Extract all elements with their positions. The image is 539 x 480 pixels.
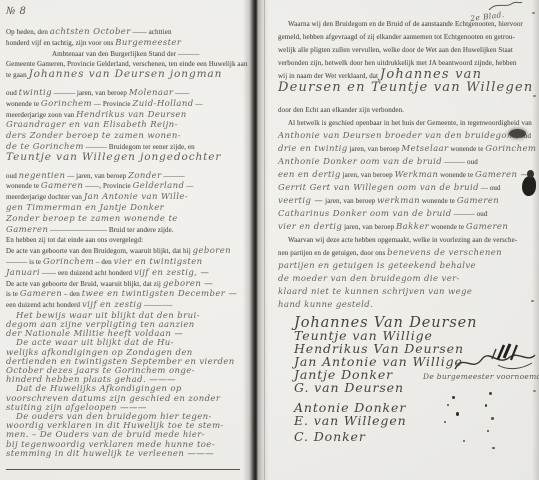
- ink-speck: [491, 417, 494, 420]
- handwritten-act-number: № 8: [6, 6, 26, 17]
- text-line: Januari —— een duizend acht honderd vijf…: [6, 263, 246, 274]
- corner-flourish: [487, 0, 523, 12]
- edge-mark: [533, 95, 536, 97]
- ink-speck: [492, 447, 495, 449]
- text-line: En hebben zij tot dat einde aan ons over…: [6, 230, 246, 241]
- text-line: De ouders van den bruidegom hier tegen-: [6, 407, 246, 416]
- act-number: № 8: [6, 2, 246, 22]
- text-line: veertig — jaren, van beroep werkman wone…: [278, 191, 536, 204]
- text-line: voorschreven datums zijn geschied en zon…: [6, 389, 246, 398]
- text-line: Waarvan wij deze acte hebben opgemaakt, …: [278, 230, 536, 243]
- handwritten-text: stemming in dit huwelijk te verleenen ——…: [6, 449, 214, 459]
- edge-mark: [533, 390, 536, 392]
- document-scan: № 8 Op heden, den achtsten October —— ac…: [0, 0, 539, 480]
- text-line: Deursen en Teuntje van Willegen: [278, 79, 536, 92]
- text-line: welijk alle pligten zullen vervullen, we…: [278, 40, 536, 53]
- text-line: Teuntje van Willegen jongedochter: [6, 148, 246, 159]
- edge-mark: [531, 300, 534, 302]
- text-line: Het bewijs waar uit blijkt dat den brui-: [6, 306, 246, 315]
- ink-blot: [522, 176, 536, 196]
- edge-mark: [532, 12, 535, 14]
- text-line: vier en dertig jaren, van beroep Bakker …: [278, 217, 536, 230]
- handwritten-text: hand kunne gesteld.: [278, 300, 373, 310]
- text-line: de moeder van den bruidegom die ver-: [278, 269, 536, 282]
- ruled-line: [6, 470, 232, 480]
- left-page: № 8 Op heden, den achtsten October —— ac…: [6, 0, 246, 480]
- text-line: meerderjarige dochter van Jan Antonie va…: [6, 187, 246, 198]
- text-line: wonende te Gameren ——, Provincie Gelderl…: [6, 176, 246, 187]
- text-line: degom aan zijne verpligting ten aanzien: [6, 315, 246, 324]
- text-line: gen Timmerman en Jantje Donker: [6, 198, 246, 209]
- text-line: C. Donker: [278, 429, 536, 442]
- text-line: oud twintig ——— jaren, van beroep Molena…: [6, 83, 246, 94]
- text-line: Johannes Van Deursen: [278, 315, 536, 328]
- ink-speck: [456, 412, 459, 416]
- handwritten-text: Gorinchem: [485, 144, 536, 154]
- text-line: Dat de Huwelijks Afkondigingen op: [6, 379, 246, 388]
- text-line: Antonie Donker: [278, 400, 536, 413]
- page-edge-line: [264, 0, 265, 480]
- printed-text: —: [194, 100, 203, 108]
- text-line: E. van Willegen: [278, 413, 536, 426]
- text-line: wonende te Gorinchem — Provincie Zuid-Ho…: [6, 94, 246, 105]
- text-line: De acte van geboorte der Bruid, waaruit …: [6, 274, 246, 285]
- text-line: de te Gorinchem ——— Bruidegom ter eener …: [6, 137, 246, 148]
- text-line: Op heden, den achtsten October —— achtti…: [6, 22, 246, 33]
- ink-speck: [487, 430, 489, 432]
- left-page-text: Op heden, den achtsten October —— achtti…: [6, 22, 246, 480]
- printed-text: te gaan: [6, 71, 29, 79]
- ink-speck: [452, 396, 455, 399]
- ink-speck: [463, 440, 465, 442]
- text-line: Gemeente Gameren, Provincie Gelderland, …: [6, 54, 246, 65]
- text-line: door den Echt aan elkander zijn verbonde…: [278, 100, 536, 113]
- ink-blot: [527, 170, 534, 178]
- signature-text: E. van Willegen: [294, 413, 407, 428]
- text-line: Gameren ———————— Bruid ter andere zijde.: [6, 220, 246, 231]
- text-line: is te Gameren – den twee en twintigsten …: [6, 284, 246, 295]
- text-line: nen partijen en de getuigen, door ons be…: [278, 243, 536, 256]
- text-line: meerderjarige zoon van Hendrikus van Deu…: [6, 105, 246, 116]
- book-edge-strip: [532, 0, 539, 480]
- ink-speck: [485, 404, 487, 407]
- signature-text: G. van Deursen: [294, 380, 404, 395]
- ink-speck: [444, 421, 446, 423]
- text-line: welijks afkondigingen op Zondagen den: [6, 343, 246, 352]
- text-line: drie en twintig jaren, van beroep Metsel…: [278, 139, 536, 152]
- handwritten-vow-names: Deursen en Teuntje van Willegen: [278, 80, 533, 95]
- text-line: De acte waar uit blijkt dat de Hu-: [6, 333, 246, 342]
- text-line: honderd vijf en tachtig, zijn voor ons B…: [6, 33, 246, 44]
- text-line: Al hetwelk is geschied openbaar in het h…: [278, 113, 536, 126]
- text-line: klaard niet te kunnen schrijven van wege: [278, 282, 536, 295]
- text-line: G. van Deursen: [278, 380, 536, 393]
- text-line: oud negentien — jaren, van beroep Zonder…: [6, 166, 246, 177]
- text-line: Zonder beroep te zamen wonende te: [6, 209, 246, 220]
- text-line: De acte van geboorte van den Bruidegom, …: [6, 241, 246, 252]
- text-line: wij in naam der Wet verklaard, dat Johan…: [278, 66, 536, 79]
- burgemeester-signature-flourish: [452, 343, 538, 379]
- binding-gutter: [243, 0, 269, 480]
- handwritten-name: Johannes van Deursen jongman: [29, 68, 223, 80]
- text-line: dertienden en twintigsten September en v…: [6, 352, 246, 361]
- text-line: Teuntje van Willige: [278, 328, 536, 341]
- text-line: Gerrit Gert van Willegen oom van de brui…: [278, 178, 536, 191]
- text-line: Graandrager en van Elisabeth Reijn-: [6, 115, 246, 126]
- ink-smudge: [509, 129, 526, 138]
- text-line: gemeld, hebben afgevraagd of zij elkande…: [278, 27, 536, 40]
- text-line: woordig verklaren in dit Huwelijk toe te…: [6, 416, 246, 425]
- text-line: te gaan Johannes van Deursen jongman: [6, 65, 246, 76]
- text-line: der Nationale Militie heeft voldaan —: [6, 324, 246, 333]
- ink-speck: [447, 404, 449, 406]
- ruled-line: [6, 460, 240, 470]
- text-line: verbonden zijn, hetwelk door hen uitdruk…: [278, 53, 536, 66]
- text-line: ders Zonder beroep te zamen wonen-: [6, 126, 246, 137]
- text-line: hinderd hebben plaats gehad. ———: [6, 370, 246, 379]
- text-line: Anthonie van Deursen broeder van den bru…: [278, 126, 536, 139]
- text-line: bij tegenwoordig verklaren mede hunne to…: [6, 435, 246, 444]
- ink-speck: [489, 392, 492, 395]
- text-line: een en dertig jaren, van beroep Werkman …: [278, 165, 536, 178]
- signature-text: C. Donker: [294, 429, 366, 444]
- text-line: stemming in dit huwelijk te verleenen ——…: [6, 444, 246, 453]
- handwritten-name: Teuntje van Willegen jongedochter: [6, 151, 221, 163]
